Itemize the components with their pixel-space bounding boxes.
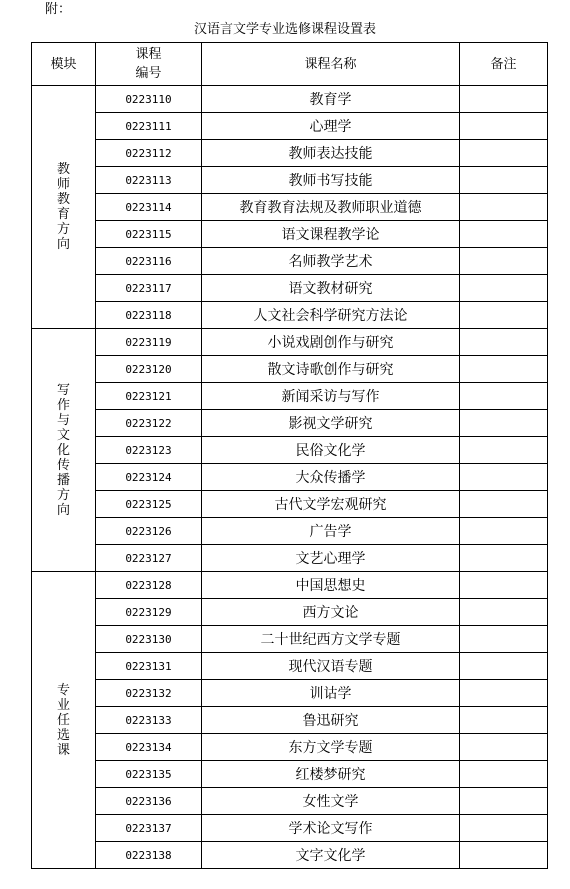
code-cell: 0223114 [96, 194, 202, 221]
table-row: 0223121新闻采访与写作 [32, 383, 548, 410]
code-cell: 0223111 [96, 113, 202, 140]
code-cell: 0223118 [96, 302, 202, 329]
remark-cell [460, 842, 548, 869]
name-cell: 古代文学宏观研究 [202, 491, 460, 518]
name-cell: 人文社会科学研究方法论 [202, 302, 460, 329]
remark-cell [460, 815, 548, 842]
code-cell: 0223120 [96, 356, 202, 383]
name-cell: 民俗文化学 [202, 437, 460, 464]
remark-cell [460, 248, 548, 275]
name-cell: 名师教学艺术 [202, 248, 460, 275]
name-cell: 语文课程教学论 [202, 221, 460, 248]
remark-cell [460, 680, 548, 707]
code-cell: 0223136 [96, 788, 202, 815]
name-cell: 文艺心理学 [202, 545, 460, 572]
table-row: 0223137学术论文写作 [32, 815, 548, 842]
name-cell: 二十世纪西方文学专题 [202, 626, 460, 653]
table-row: 0223115语文课程教学论 [32, 221, 548, 248]
header-row: 模块 课程 编号 课程名称 备注 [32, 43, 548, 86]
code-cell: 0223128 [96, 572, 202, 599]
name-cell: 教师表达技能 [202, 140, 460, 167]
code-cell: 0223116 [96, 248, 202, 275]
code-cell: 0223125 [96, 491, 202, 518]
table-row: 0223132训诂学 [32, 680, 548, 707]
remark-cell [460, 518, 548, 545]
module-cell: 专业任选课 [32, 572, 96, 869]
code-cell: 0223129 [96, 599, 202, 626]
table-row: 0223118人文社会科学研究方法论 [32, 302, 548, 329]
name-cell: 学术论文写作 [202, 815, 460, 842]
table-row: 0223123民俗文化学 [32, 437, 548, 464]
remark-cell [460, 194, 548, 221]
table-row: 0223114教育教育法规及教师职业道德 [32, 194, 548, 221]
name-cell: 教育教育法规及教师职业道德 [202, 194, 460, 221]
code-cell: 0223137 [96, 815, 202, 842]
name-cell: 西方文论 [202, 599, 460, 626]
code-cell: 0223121 [96, 383, 202, 410]
code-cell: 0223123 [96, 437, 202, 464]
name-cell: 语文教材研究 [202, 275, 460, 302]
name-cell: 大众传播学 [202, 464, 460, 491]
table-row: 0223124大众传播学 [32, 464, 548, 491]
module-cell: 教师教育方向 [32, 86, 96, 329]
remark-cell [460, 221, 548, 248]
code-cell: 0223130 [96, 626, 202, 653]
remark-cell [460, 329, 548, 356]
code-cell: 0223124 [96, 464, 202, 491]
name-cell: 训诂学 [202, 680, 460, 707]
name-cell: 中国思想史 [202, 572, 460, 599]
code-cell: 0223115 [96, 221, 202, 248]
name-cell: 教师书写技能 [202, 167, 460, 194]
table-row: 0223131现代汉语专题 [32, 653, 548, 680]
name-cell: 现代汉语专题 [202, 653, 460, 680]
code-cell: 0223134 [96, 734, 202, 761]
code-cell: 0223112 [96, 140, 202, 167]
name-cell: 心理学 [202, 113, 460, 140]
table-row: 0223126广告学 [32, 518, 548, 545]
module-cell: 写作与文化传播方向 [32, 329, 96, 572]
module-label: 教师教育方向 [57, 162, 71, 252]
remark-cell [460, 302, 548, 329]
name-cell: 广告学 [202, 518, 460, 545]
remark-cell [460, 572, 548, 599]
remark-cell [460, 437, 548, 464]
module-label: 写作与文化传播方向 [57, 383, 71, 518]
name-cell: 红楼梦研究 [202, 761, 460, 788]
table-row: 0223136女性文学 [32, 788, 548, 815]
remark-cell [460, 140, 548, 167]
table-row: 0223135红楼梦研究 [32, 761, 548, 788]
name-cell: 教育学 [202, 86, 460, 113]
header-code: 课程 编号 [96, 43, 202, 86]
name-cell: 新闻采访与写作 [202, 383, 460, 410]
table-row: 0223117语文教材研究 [32, 275, 548, 302]
remark-cell [460, 734, 548, 761]
header-remark: 备注 [460, 43, 548, 86]
table-row: 0223134东方文学专题 [32, 734, 548, 761]
table-row: 0223116名师教学艺术 [32, 248, 548, 275]
remark-cell [460, 545, 548, 572]
code-cell: 0223132 [96, 680, 202, 707]
header-code-line1: 课程 [96, 45, 201, 64]
remark-cell [460, 761, 548, 788]
remark-cell [460, 788, 548, 815]
remark-cell [460, 356, 548, 383]
remark-cell [460, 707, 548, 734]
remark-cell [460, 653, 548, 680]
code-cell: 0223110 [96, 86, 202, 113]
table-row: 专业任选课0223128中国思想史 [32, 572, 548, 599]
header-code-line2: 编号 [96, 64, 201, 83]
header-name: 课程名称 [202, 43, 460, 86]
name-cell: 女性文学 [202, 788, 460, 815]
code-cell: 0223119 [96, 329, 202, 356]
table-row: 0223130二十世纪西方文学专题 [32, 626, 548, 653]
code-cell: 0223138 [96, 842, 202, 869]
remark-cell [460, 167, 548, 194]
code-cell: 0223113 [96, 167, 202, 194]
header-module: 模块 [32, 43, 96, 86]
name-cell: 鲁迅研究 [202, 707, 460, 734]
table-row: 0223111心理学 [32, 113, 548, 140]
name-cell: 东方文学专题 [202, 734, 460, 761]
table-row: 0223125古代文学宏观研究 [32, 491, 548, 518]
code-cell: 0223122 [96, 410, 202, 437]
module-label: 专业任选课 [57, 683, 71, 758]
remark-cell [460, 383, 548, 410]
remark-cell [460, 275, 548, 302]
code-cell: 0223117 [96, 275, 202, 302]
code-cell: 0223126 [96, 518, 202, 545]
table-row: 0223112教师表达技能 [32, 140, 548, 167]
remark-cell [460, 410, 548, 437]
remark-cell [460, 599, 548, 626]
table-row: 0223138文字文化学 [32, 842, 548, 869]
document-title: 汉语言文学专业选修课程设置表 [0, 21, 570, 39]
table-row: 0223122影视文学研究 [32, 410, 548, 437]
table-row: 0223133鲁迅研究 [32, 707, 548, 734]
code-cell: 0223135 [96, 761, 202, 788]
code-cell: 0223131 [96, 653, 202, 680]
name-cell: 影视文学研究 [202, 410, 460, 437]
table-row: 写作与文化传播方向0223119小说戏剧创作与研究 [32, 329, 548, 356]
table-row: 0223129西方文论 [32, 599, 548, 626]
table-row: 0223127文艺心理学 [32, 545, 548, 572]
remark-cell [460, 464, 548, 491]
remark-cell [460, 86, 548, 113]
remark-cell [460, 113, 548, 140]
table-row: 教师教育方向0223110教育学 [32, 86, 548, 113]
table-row: 0223113教师书写技能 [32, 167, 548, 194]
table-row: 0223120散文诗歌创作与研究 [32, 356, 548, 383]
code-cell: 0223133 [96, 707, 202, 734]
name-cell: 散文诗歌创作与研究 [202, 356, 460, 383]
course-table: 模块 课程 编号 课程名称 备注 教师教育方向0223110教育学0223111… [31, 42, 548, 869]
name-cell: 小说戏剧创作与研究 [202, 329, 460, 356]
code-cell: 0223127 [96, 545, 202, 572]
remark-cell [460, 491, 548, 518]
name-cell: 文字文化学 [202, 842, 460, 869]
attachment-label: 附： [45, 2, 71, 18]
remark-cell [460, 626, 548, 653]
